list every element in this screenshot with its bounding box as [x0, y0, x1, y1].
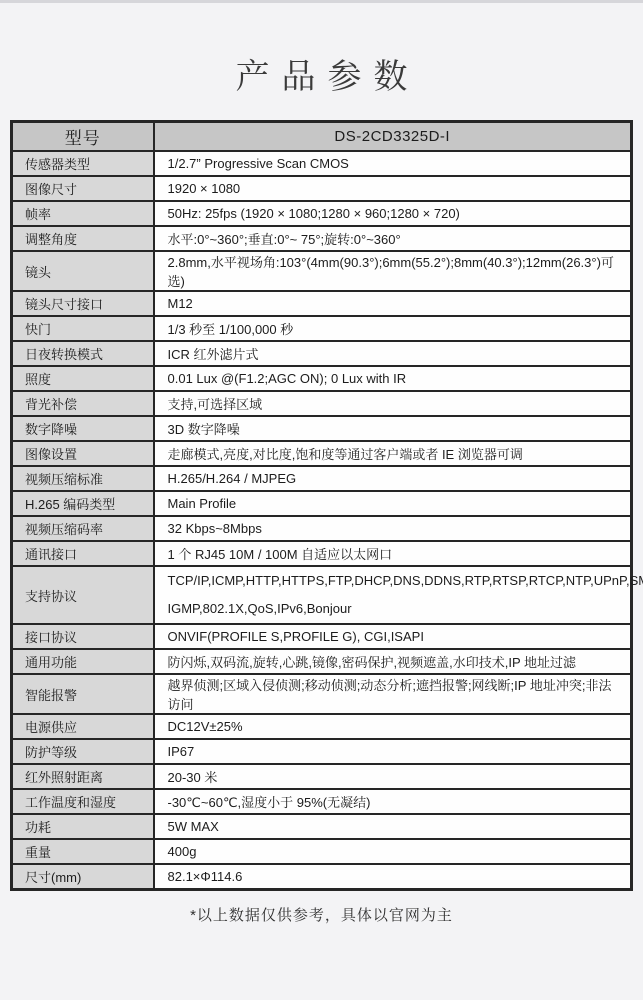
model-header-row: 型号 DS-2CD3325D-I [12, 122, 632, 152]
spec-label: 背光补偿 [12, 391, 154, 416]
spec-label: 接口协议 [12, 624, 154, 649]
spec-label: 调整角度 [12, 226, 154, 251]
footnote: *以上数据仅供参考，具体以官网为主 [0, 904, 643, 925]
page-title: 产品参数 [0, 49, 643, 98]
spec-label: 通用功能 [12, 649, 154, 674]
spec-label: 传感器类型 [12, 151, 154, 176]
table-row: 接口协议ONVIF(PROFILE S,PROFILE G), CGI,ISAP… [12, 624, 632, 649]
spec-value: TCP/IP,ICMP,HTTP,HTTPS,FTP,DHCP,DNS,DDNS… [154, 566, 632, 624]
spec-label: H.265 编码类型 [12, 491, 154, 516]
spec-label: 支持协议 [12, 566, 154, 624]
table-row: 传感器类型1/2.7” Progressive Scan CMOS [12, 151, 632, 176]
table-row: H.265 编码类型Main Profile [12, 491, 632, 516]
spec-value: 支持,可选择区域 [154, 391, 632, 416]
spec-label: 视频压缩标准 [12, 466, 154, 491]
spec-label: 尺寸(mm) [12, 864, 154, 889]
table-row: 数字降噪3D 数字降噪 [12, 416, 632, 441]
spec-label: 镜头尺寸接口 [12, 291, 154, 316]
spec-label: 图像设置 [12, 441, 154, 466]
spec-value: 20-30 米 [154, 764, 632, 789]
table-row: 日夜转换模式ICR 红外滤片式 [12, 341, 632, 366]
spec-label: 功耗 [12, 814, 154, 839]
table-row: 视频压缩标准H.265/H.264 / MJPEG [12, 466, 632, 491]
spec-label: 图像尺寸 [12, 176, 154, 201]
table-row: 快门1/3 秒至 1/100,000 秒 [12, 316, 632, 341]
spec-label: 日夜转换模式 [12, 341, 154, 366]
spec-label: 通讯接口 [12, 541, 154, 566]
table-row: 支持协议TCP/IP,ICMP,HTTP,HTTPS,FTP,DHCP,DNS,… [12, 566, 632, 624]
spec-value: -30℃~60℃,湿度小于 95%(无凝结) [154, 789, 632, 814]
table-row: 工作温度和湿度-30℃~60℃,湿度小于 95%(无凝结) [12, 789, 632, 814]
spec-label: 视频压缩码率 [12, 516, 154, 541]
table-row: 红外照射距离20-30 米 [12, 764, 632, 789]
table-row: 防护等级IP67 [12, 739, 632, 764]
spec-value: 水平:0°~360°;垂直:0°~ 75°;旋转:0°~360° [154, 226, 632, 251]
spec-table: 型号 DS-2CD3325D-I 传感器类型1/2.7” Progressive… [10, 120, 633, 891]
top-strip [0, 0, 643, 3]
table-row: 调整角度水平:0°~360°;垂直:0°~ 75°;旋转:0°~360° [12, 226, 632, 251]
table-row: 重量400g [12, 839, 632, 864]
table-row: 通用功能防闪烁,双码流,旋转,心跳,镜像,密码保护,视频遮盖,水印技术,IP 地… [12, 649, 632, 674]
table-row: 照度0.01 Lux @(F1.2;AGC ON); 0 Lux with IR [12, 366, 632, 391]
spec-table-body: 传感器类型1/2.7” Progressive Scan CMOS图像尺寸192… [12, 151, 632, 889]
table-row: 功耗5W MAX [12, 814, 632, 839]
spec-value: IP67 [154, 739, 632, 764]
spec-label: 快门 [12, 316, 154, 341]
spec-value: H.265/H.264 / MJPEG [154, 466, 632, 491]
table-row: 电源供应DC12V±25% [12, 714, 632, 739]
spec-value: 82.1×Φ114.6 [154, 864, 632, 889]
spec-label: 重量 [12, 839, 154, 864]
model-label: 型号 [12, 122, 154, 152]
spec-label: 帧率 [12, 201, 154, 226]
table-row: 图像尺寸1920 × 1080 [12, 176, 632, 201]
spec-value: Main Profile [154, 491, 632, 516]
spec-value: 1 个 RJ45 10M / 100M 自适应以太网口 [154, 541, 632, 566]
spec-value: 50Hz: 25fps (1920 × 1080;1280 × 960;1280… [154, 201, 632, 226]
table-row: 图像设置走廊模式,亮度,对比度,饱和度等通过客户端或者 IE 浏览器可调 [12, 441, 632, 466]
spec-value: 5W MAX [154, 814, 632, 839]
spec-value: 32 Kbps~8Mbps [154, 516, 632, 541]
spec-label: 工作温度和湿度 [12, 789, 154, 814]
table-row: 背光补偿支持,可选择区域 [12, 391, 632, 416]
table-row: 视频压缩码率32 Kbps~8Mbps [12, 516, 632, 541]
model-value: DS-2CD3325D-I [154, 122, 632, 152]
spec-label: 数字降噪 [12, 416, 154, 441]
spec-value: ICR 红外滤片式 [154, 341, 632, 366]
spec-value: 3D 数字降噪 [154, 416, 632, 441]
spec-label: 防护等级 [12, 739, 154, 764]
spec-label: 照度 [12, 366, 154, 391]
table-row: 智能报警越界侦测;区域入侵侦测;移动侦测;动态分析;遮挡报警;网线断;IP 地址… [12, 674, 632, 714]
spec-value: 0.01 Lux @(F1.2;AGC ON); 0 Lux with IR [154, 366, 632, 391]
spec-value: 防闪烁,双码流,旋转,心跳,镜像,密码保护,视频遮盖,水印技术,IP 地址过滤 [154, 649, 632, 674]
table-row: 帧率50Hz: 25fps (1920 × 1080;1280 × 960;12… [12, 201, 632, 226]
spec-value: 1920 × 1080 [154, 176, 632, 201]
spec-value: M12 [154, 291, 632, 316]
spec-value: 2.8mm,水平视场角:103°(4mm(90.3°);6mm(55.2°);8… [154, 251, 632, 291]
spec-label: 电源供应 [12, 714, 154, 739]
spec-value: 1/2.7” Progressive Scan CMOS [154, 151, 632, 176]
spec-value: 走廊模式,亮度,对比度,饱和度等通过客户端或者 IE 浏览器可调 [154, 441, 632, 466]
spec-value: 400g [154, 839, 632, 864]
table-row: 通讯接口1 个 RJ45 10M / 100M 自适应以太网口 [12, 541, 632, 566]
table-row: 镜头2.8mm,水平视场角:103°(4mm(90.3°);6mm(55.2°)… [12, 251, 632, 291]
spec-value: 越界侦测;区域入侵侦测;移动侦测;动态分析;遮挡报警;网线断;IP 地址冲突;非… [154, 674, 632, 714]
spec-label: 智能报警 [12, 674, 154, 714]
spec-value: DC12V±25% [154, 714, 632, 739]
spec-value: 1/3 秒至 1/100,000 秒 [154, 316, 632, 341]
spec-value: ONVIF(PROFILE S,PROFILE G), CGI,ISAPI [154, 624, 632, 649]
spec-label: 镜头 [12, 251, 154, 291]
table-row: 镜头尺寸接口M12 [12, 291, 632, 316]
spec-label: 红外照射距离 [12, 764, 154, 789]
table-row: 尺寸(mm)82.1×Φ114.6 [12, 864, 632, 889]
